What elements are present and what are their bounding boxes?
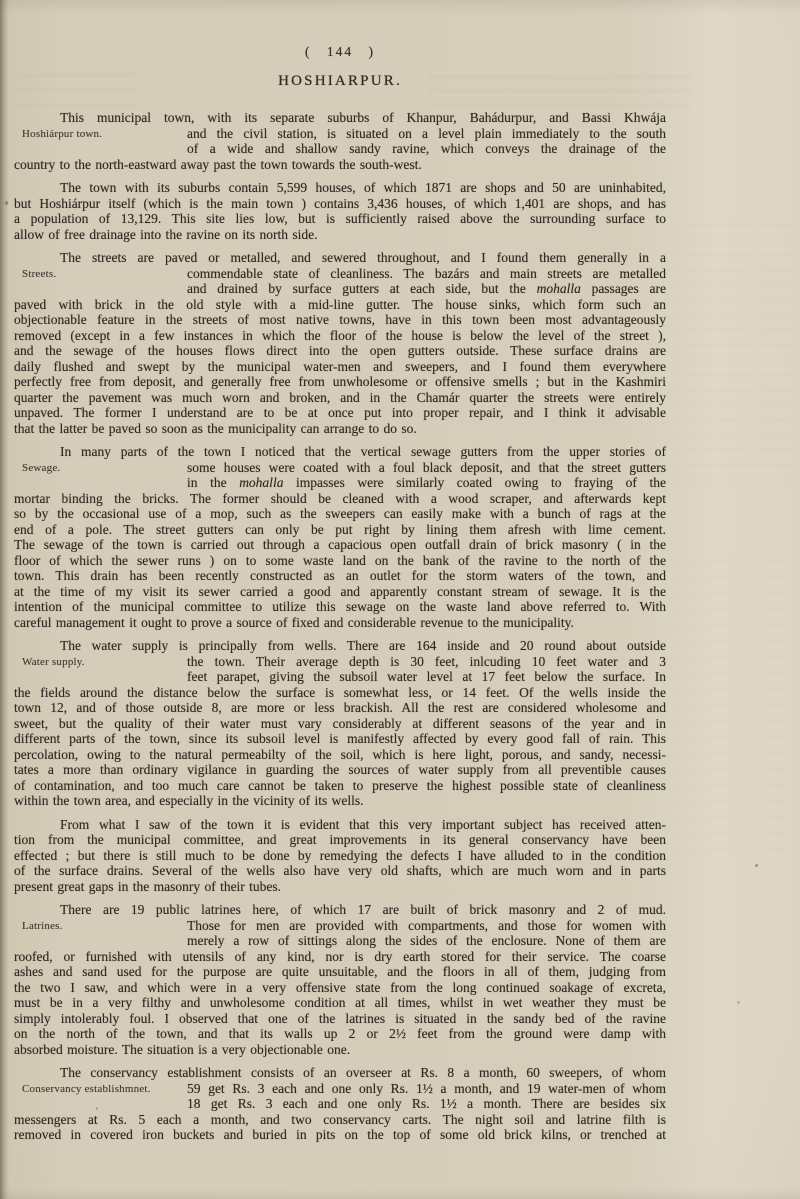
scanned-book-page: { "colors": { "paper": "#d6cdba", "paper… [0,0,800,1199]
bleedthrough-text-right-margin [676,224,792,486]
text-segment: tion from the municipal committee, and g… [14,832,666,847]
text-segment: The sewage of the town is carried out th… [14,537,666,552]
text-block: Hoshiárpur town.This municipal town, wit… [14,110,666,1143]
text-line: town 12, and of those outside 8, are mor… [14,700,666,716]
text-line: and drained by surface gutters at each s… [187,281,666,297]
bleedthrough-text-right-margin-lower [676,560,786,860]
text-line: absorbed moisture. The situation is a ve… [14,1042,666,1058]
text-line: Those for men are provided with compartm… [187,918,666,934]
italic-text: mohalla [239,475,283,490]
text-line: commendable state of cleanliness. The ba… [187,266,666,282]
text-line: different parts of the town, since its s… [14,731,666,747]
text-line: on the north of the town, and that its w… [14,1026,666,1042]
ink-speck [5,201,8,205]
text-segment: unpaved. The former I understand are to … [14,405,666,420]
text-line: From what I saw of the town it is eviden… [14,817,666,833]
paragraph: Water supply.The water supply is princip… [14,638,666,809]
text-line: the two I saw, and which were in a very … [14,980,666,996]
text-line: ashes and sand used for the purpose are … [14,964,666,980]
text-segment: effected ; but there is still much to be… [14,848,666,863]
text-segment: in the [187,475,239,490]
text-segment: passages are [581,281,666,296]
text-segment: merely a row of sittings along the sides… [187,933,666,948]
text-segment: percolation, owing to the natural permea… [14,747,666,762]
paragraph: Conservancy establishmnet.The conservanc… [14,1065,666,1143]
text-segment: tates a more than ordinary vigilance in … [14,762,666,777]
text-segment: that the latter be paved so soon as the … [14,421,417,436]
text-line: within the town area, and especially in … [14,793,666,809]
text-line: This municipal town, with its separate s… [14,110,666,126]
text-segment: within the town area, and especially in … [14,793,364,808]
text-segment: absorbed moisture. The situation is a ve… [14,1042,350,1057]
text-line: some houses were coated with a foul blac… [187,460,666,476]
text-line: In many parts of the town I noticed that… [14,444,666,460]
text-segment: commendable state of cleanliness. The ba… [187,266,666,281]
text-line: daily flushed and swept by the municipal… [14,359,666,375]
text-line: The streets are paved or metalled, and s… [14,250,666,266]
text-segment: intention of the municipal committee to … [14,599,666,614]
italic-text: mohalla [537,281,581,296]
text-line: the fields around the distance below the… [14,685,666,701]
text-line: of contamination, and too much care cann… [14,778,666,794]
text-segment: the two I saw, and which were in a very … [14,980,666,995]
text-line: removed in covered iron buckets and buri… [14,1127,666,1143]
text-line: and the sewage of the houses flows direc… [14,343,666,359]
text-segment: The town with its suburbs contain 5,599 … [60,180,666,195]
text-line: messengers at Rs. 5 each a month, and tw… [14,1112,666,1128]
text-segment: present great gaps in the masonry of the… [14,879,281,894]
text-segment: on the north of the town, and that its w… [14,1026,666,1041]
paragraph: From what I saw of the town it is eviden… [14,817,666,895]
page-binding-shadow [0,0,9,1199]
text-segment: the town. Their average depth is 30 feet… [187,654,666,669]
text-segment: of contamination, and too much care cann… [14,778,666,793]
text-line: effected ; but there is still much to be… [14,848,666,864]
text-line: floor of which the sewer runs ) on to so… [14,553,666,569]
page-number: ( 144 ) [14,44,666,60]
text-segment: and the sewage of the houses flows direc… [14,343,666,358]
text-line: perfectly free from deposit, and general… [14,374,666,390]
text-segment: but Hoshiárpur itself (which is the main… [14,196,666,211]
text-line: removed (except in a few instances in wh… [14,328,666,344]
text-line: There are 19 public latrines here, of wh… [14,902,666,918]
text-line: roofed, or furnished with utensils of an… [14,949,666,965]
text-segment: different parts of the town, since its s… [14,731,666,746]
text-segment: end of a pole. The street gutters can on… [14,522,666,537]
text-segment: floor of which the sewer runs ) on to so… [14,553,666,568]
text-segment: The water supply is principally from wel… [60,638,666,653]
text-line: sweet, but the quality of their water mu… [14,716,666,732]
margin-note: Hoshiárpur town. [22,128,102,140]
text-line: merely a row of sittings along the sides… [187,933,666,949]
text-line: 18 get Rs. 3 each and one only Rs. 1½ a … [187,1096,666,1112]
text-line: percolation, owing to the natural permea… [14,747,666,763]
text-segment: allow of free drainage into the ravine o… [14,227,318,242]
text-line: objectionable feature in the streets of … [14,312,666,328]
text-segment: 18 get Rs. 3 each and one only Rs. 1½ a … [187,1096,666,1111]
text-segment: The conservancy establishment consists o… [60,1065,666,1080]
paragraph: Streets.The streets are paved or metalle… [14,250,666,436]
text-line: country to the north-eastward away past … [14,157,666,173]
text-line: present great gaps in the masonry of the… [14,879,666,895]
text-line: intention of the municipal committee to … [14,599,666,615]
text-segment: a population of 13,129. This site lies l… [14,211,666,226]
text-segment: and the civil station, is situated on a … [187,126,666,141]
text-segment: quarter the pavement was much worn and b… [14,390,666,405]
text-line: but Hoshiárpur itself (which is the main… [14,196,666,212]
text-segment: daily flushed and swept by the municipal… [14,359,666,374]
ink-speck [737,1001,740,1004]
text-line: The water supply is principally from wel… [14,638,666,654]
text-segment: impasses were similarly coated owing to … [283,475,666,490]
text-line: The town with its suburbs contain 5,599 … [14,180,666,196]
text-column: ( 144 ) HOSHIARPUR. Hoshiárpur town.This… [14,44,666,1151]
text-line: of a wide and shallow sandy ravine, whic… [187,141,666,157]
text-line: careful management it ought to prove a s… [14,615,666,631]
text-segment: and drained by surface gutters at each s… [187,281,537,296]
text-segment: perfectly free from deposit, and general… [14,374,666,389]
text-segment: simply intolerably foul. I observed that… [14,1011,666,1026]
ink-speck [755,864,758,867]
text-segment: There are 19 public latrines here, of wh… [60,902,666,917]
text-segment: In many parts of the town I noticed that… [60,444,666,459]
text-line: quarter the pavement was much worn and b… [14,390,666,406]
text-segment: careful management it ought to prove a s… [14,615,574,630]
text-segment: some houses were coated with a foul blac… [187,460,666,475]
text-segment: The streets are paved or metalled, and s… [60,250,666,265]
text-line: so by the occasional use of a mop, such … [14,506,666,522]
text-line: allow of free drainage into the ravine o… [14,227,666,243]
text-segment: of the surface drains. Several of the we… [14,863,666,878]
text-segment: feet parapet, giving the subsoil water l… [187,669,666,684]
text-segment: mortar binding the bricks. The former sh… [14,491,666,506]
text-line: tates a more than ordinary vigilance in … [14,762,666,778]
text-line: and the civil station, is situated on a … [187,126,666,142]
text-line: a population of 13,129. This site lies l… [14,211,666,227]
paragraph: Latrines.There are 19 public latrines he… [14,902,666,1057]
page-title: HOSHIARPUR. [14,72,666,91]
text-line: of the surface drains. Several of the we… [14,863,666,879]
margin-note: Latrines. [22,920,63,932]
paragraph: The town with its suburbs contain 5,599 … [14,180,666,242]
text-segment: town. This drain has been recently const… [14,568,666,583]
text-line: mortar binding the bricks. The former sh… [14,491,666,507]
text-line: simply intolerably foul. I observed that… [14,1011,666,1027]
text-segment: so by the occasional use of a mop, such … [14,506,666,521]
text-segment: removed in covered iron buckets and buri… [14,1127,666,1142]
text-line: must be in a very filthy and unwholesome… [14,995,666,1011]
text-segment: objectionable feature in the streets of … [14,312,666,327]
text-line: in the mohalla impasses were similarly c… [187,475,666,491]
text-line: end of a pole. The street gutters can on… [14,522,666,538]
text-line: at the time of my visit its sewer carrie… [14,584,666,600]
text-line: that the latter be paved so soon as the … [14,421,666,437]
margin-note: Water supply. [22,656,85,668]
text-segment: Those for men are provided with compartm… [187,918,666,933]
text-segment: ashes and sand used for the purpose are … [14,964,666,979]
text-line: The sewage of the town is carried out th… [14,537,666,553]
text-segment: 59 get Rs. 3 each and one only Rs. 1½ a … [187,1081,666,1096]
text-segment: paved with brick in the old style with a… [14,297,666,312]
text-segment: sweet, but the quality of their water mu… [14,716,666,731]
text-segment: This municipal town, with its separate s… [60,110,666,125]
margin-note: Streets. [22,268,56,280]
text-line: unpaved. The former I understand are to … [14,405,666,421]
margin-note: Sewage. [22,462,60,474]
text-segment: at the time of my visit its sewer carrie… [14,584,666,599]
text-line: The conservancy establishment consists o… [14,1065,666,1081]
text-line: tion from the municipal committee, and g… [14,832,666,848]
text-line: paved with brick in the old style with a… [14,297,666,313]
text-segment: of a wide and shallow sandy ravine, whic… [187,141,666,156]
text-line: town. This drain has been recently const… [14,568,666,584]
text-segment: country to the north-eastward away past … [14,157,422,172]
text-segment: messengers at Rs. 5 each a month, and tw… [14,1112,666,1127]
text-segment: removed (except in a few instances in wh… [14,328,666,343]
text-segment: the fields around the distance below the… [14,685,666,700]
text-line: the town. Their average depth is 30 feet… [187,654,666,670]
page-bottom-shade [0,1189,800,1199]
text-segment: roofed, or furnished with utensils of an… [14,949,666,964]
paragraph: Hoshiárpur town.This municipal town, wit… [14,110,666,172]
text-segment: town 12, and of those outside 8, are mor… [14,700,666,715]
margin-note: Conservancy establishmnet. [22,1083,151,1095]
text-segment: From what I saw of the town it is eviden… [60,817,666,832]
text-segment: must be in a very filthy and unwholesome… [14,995,666,1010]
text-line: 59 get Rs. 3 each and one only Rs. 1½ a … [187,1081,666,1097]
text-line: feet parapet, giving the subsoil water l… [187,669,666,685]
paragraph: Sewage.In many parts of the town I notic… [14,444,666,630]
